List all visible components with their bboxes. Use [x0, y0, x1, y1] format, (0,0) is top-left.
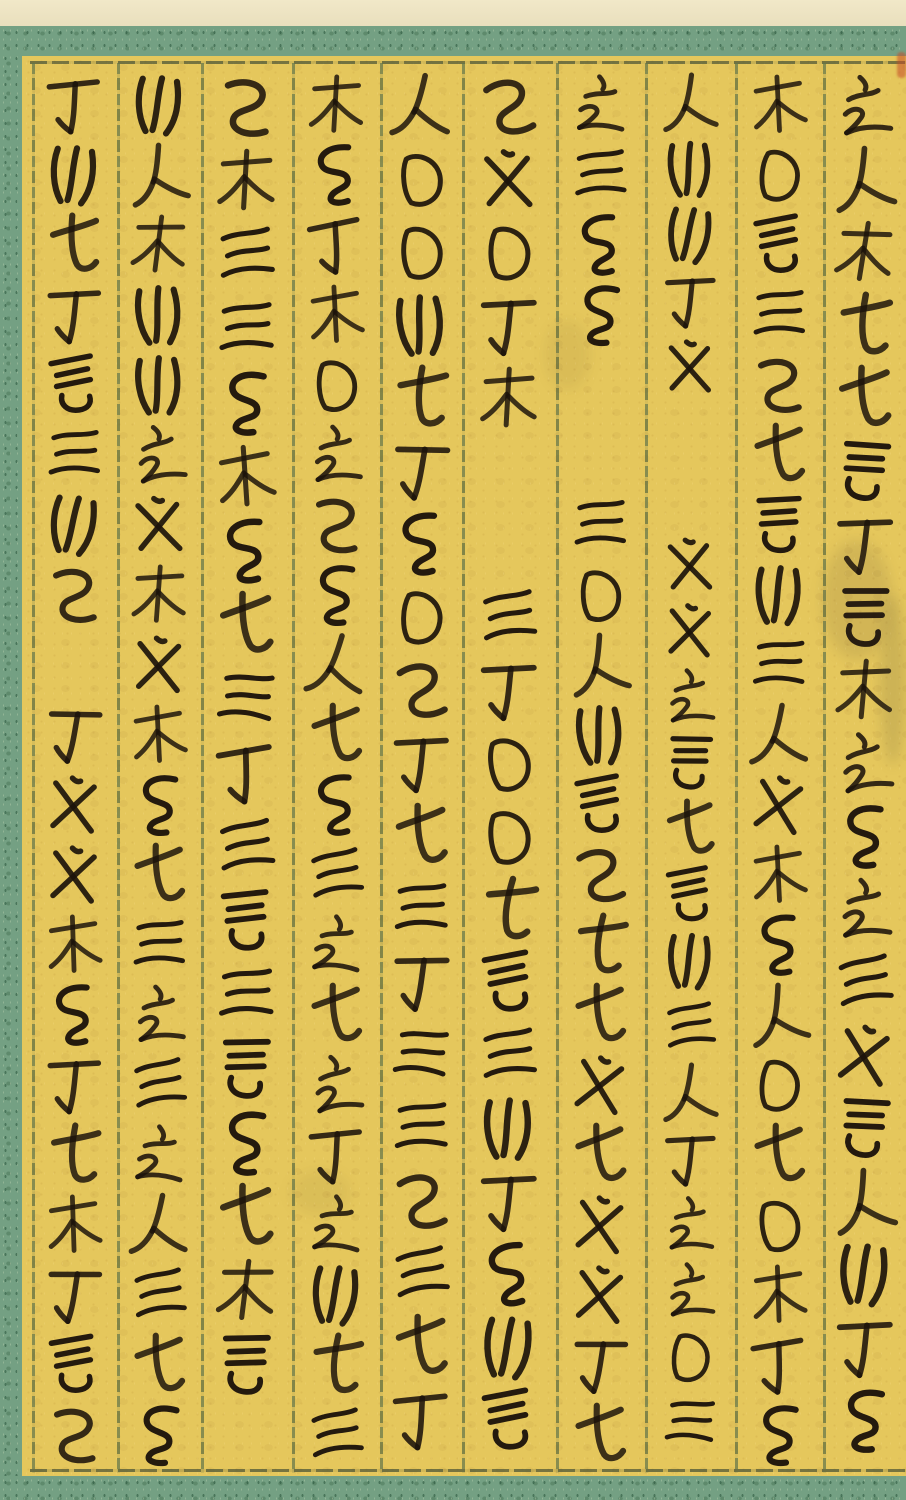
calligraphy-character — [36, 489, 113, 559]
calligraphy-character — [560, 839, 641, 909]
calligraphy-character — [384, 580, 458, 653]
calligraphy-character — [296, 769, 376, 839]
paper-stain — [290, 1170, 350, 1215]
calligraphy-character — [739, 139, 819, 209]
calligraphy-character — [121, 209, 197, 279]
calligraphy-character — [205, 883, 288, 957]
calligraphy-character — [36, 769, 113, 839]
calligraphy-character — [36, 1329, 113, 1399]
calligraphy-character — [36, 979, 113, 1049]
column-rule-6 — [462, 63, 465, 1473]
text-column-6 — [384, 69, 458, 1471]
calligraphy-character — [827, 142, 902, 215]
calligraphy-character — [466, 726, 552, 799]
calligraphy-character — [384, 1018, 458, 1091]
seal-trace-mark — [897, 52, 906, 78]
calligraphy-character — [205, 735, 288, 809]
calligraphy-character — [36, 69, 113, 139]
calligraphy-character — [205, 1253, 288, 1327]
calligraphy-character — [739, 69, 819, 139]
text-column-9 — [121, 69, 197, 1471]
calligraphy-character — [739, 909, 819, 979]
calligraphy-character — [296, 279, 376, 349]
calligraphy-character — [649, 1257, 731, 1323]
calligraphy-character — [739, 769, 819, 839]
calligraphy-character — [121, 559, 197, 629]
calligraphy-character — [384, 1091, 458, 1164]
calligraphy-character — [739, 349, 819, 419]
calligraphy-character — [827, 1091, 902, 1164]
calligraphy-character — [560, 69, 641, 139]
calligraphy-character — [296, 349, 376, 419]
calligraphy-character — [827, 1018, 902, 1091]
calligraphy-character — [560, 559, 641, 629]
calligraphy-character — [466, 1018, 552, 1091]
calligraphy-character — [121, 1259, 197, 1329]
calligraphy-character — [827, 434, 902, 507]
calligraphy-character — [739, 1399, 819, 1469]
calligraphy-character — [384, 1164, 458, 1237]
text-column-3 — [649, 69, 731, 1471]
text-column-10 — [36, 69, 113, 1471]
calligraphy-character — [466, 799, 552, 872]
calligraphy-character — [121, 979, 197, 1049]
calligraphy-character — [560, 769, 641, 839]
calligraphy-character — [296, 629, 376, 699]
calligraphy-character — [36, 699, 113, 769]
calligraphy-character — [205, 1179, 288, 1253]
calligraphy-character — [121, 419, 197, 489]
calligraphy-character — [296, 699, 376, 769]
calligraphy-character — [296, 839, 376, 909]
column-gap — [560, 419, 641, 489]
outer-margin-strip — [0, 0, 906, 26]
calligraphy-character — [384, 872, 458, 945]
calligraphy-character — [560, 909, 641, 979]
calligraphy-character — [649, 597, 731, 663]
calligraphy-character — [466, 215, 552, 288]
calligraphy-character — [649, 333, 731, 399]
calligraphy-character — [649, 993, 731, 1059]
calligraphy-character — [384, 215, 458, 288]
calligraphy-character — [121, 1189, 197, 1259]
calligraphy-character — [36, 349, 113, 419]
column-rule-7 — [556, 63, 559, 1473]
calligraphy-character — [466, 872, 552, 945]
calligraphy-character — [296, 209, 376, 279]
calligraphy-character — [384, 434, 458, 507]
column-rule-9 — [735, 63, 738, 1473]
calligraphy-character — [649, 861, 731, 927]
calligraphy-character — [36, 1259, 113, 1329]
calligraphy-character — [205, 1031, 288, 1105]
calligraphy-character — [205, 661, 288, 735]
calligraphy-character — [466, 1310, 552, 1383]
calligraphy-character — [739, 1049, 819, 1119]
calligraphy-character — [649, 267, 731, 333]
calligraphy-character — [649, 927, 731, 993]
text-column-7 — [296, 69, 376, 1471]
calligraphy-character — [205, 513, 288, 587]
calligraphy-character — [649, 531, 731, 597]
calligraphy-character — [466, 69, 552, 142]
calligraphy-character — [36, 1119, 113, 1189]
calligraphy-character — [296, 1259, 376, 1329]
calligraphy-character — [121, 1049, 197, 1119]
mount-band-bottom — [0, 1476, 906, 1500]
calligraphy-character — [205, 587, 288, 661]
calligraphy-character — [560, 489, 641, 559]
calligraphy-character — [384, 361, 458, 434]
calligraphy-character — [384, 1237, 458, 1310]
calligraphy-character — [121, 769, 197, 839]
calligraphy-character — [739, 1189, 819, 1259]
calligraphy-character — [739, 979, 819, 1049]
calligraphy-character — [121, 909, 197, 979]
calligraphy-character — [466, 1383, 552, 1456]
calligraphy-character — [739, 419, 819, 489]
paper-stain — [880, 595, 906, 765]
calligraphy-character — [121, 1399, 197, 1469]
calligraphy-character — [466, 361, 552, 434]
calligraphy-character — [205, 439, 288, 513]
calligraphy-character — [827, 69, 902, 142]
calligraphy-character — [384, 1383, 458, 1456]
calligraphy-character — [296, 979, 376, 1049]
calligraphy-character — [466, 580, 552, 653]
column-gap — [36, 629, 113, 699]
calligraphy-character — [121, 699, 197, 769]
calligraphy-character — [649, 795, 731, 861]
calligraphy-character — [560, 1119, 641, 1189]
calligraphy-character — [205, 957, 288, 1031]
calligraphy-character — [466, 1164, 552, 1237]
calligraphy-scroll — [0, 0, 906, 1500]
calligraphy-character — [296, 1399, 376, 1469]
calligraphy-character — [739, 629, 819, 699]
column-rule-3 — [201, 63, 204, 1473]
calligraphy-character — [649, 729, 731, 795]
calligraphy-character — [205, 291, 288, 365]
calligraphy-character — [121, 1119, 197, 1189]
calligraphy-character — [739, 839, 819, 909]
calligraphy-character — [827, 1164, 902, 1237]
calligraphy-character — [739, 559, 819, 629]
calligraphy-character — [827, 1310, 902, 1383]
calligraphy-character — [560, 629, 641, 699]
calligraphy-character — [296, 1329, 376, 1399]
calligraphy-character — [205, 1105, 288, 1179]
calligraphy-character — [827, 872, 902, 945]
calligraphy-character — [205, 69, 288, 143]
calligraphy-character — [36, 139, 113, 209]
calligraphy-character — [649, 1125, 731, 1191]
paper-stain — [545, 320, 590, 390]
frame-rule-top — [30, 61, 906, 64]
calligraphy-character — [560, 699, 641, 769]
calligraphy-character — [739, 699, 819, 769]
calligraphy-character — [205, 809, 288, 883]
column-rule-2 — [117, 63, 120, 1473]
calligraphy-character — [296, 489, 376, 559]
calligraphy-character — [649, 201, 731, 267]
calligraphy-character — [649, 1323, 731, 1389]
calligraphy-character — [296, 909, 376, 979]
calligraphy-character — [121, 629, 197, 699]
text-column-8 — [205, 69, 288, 1471]
calligraphy-character — [296, 139, 376, 209]
calligraphy-character — [296, 419, 376, 489]
calligraphy-character — [121, 139, 197, 209]
column-gap — [466, 507, 552, 580]
calligraphy-character — [560, 1329, 641, 1399]
calligraphy-character — [384, 945, 458, 1018]
calligraphy-character — [739, 1329, 819, 1399]
column-gap — [466, 434, 552, 507]
calligraphy-character — [649, 1191, 731, 1257]
calligraphy-character — [36, 279, 113, 349]
calligraphy-character — [827, 215, 902, 288]
text-column-2 — [739, 69, 819, 1471]
calligraphy-character — [466, 653, 552, 726]
column-gap — [649, 399, 731, 465]
calligraphy-character — [560, 209, 641, 279]
calligraphy-character — [739, 279, 819, 349]
calligraphy-character — [649, 663, 731, 729]
text-column-5 — [466, 69, 552, 1471]
calligraphy-character — [739, 1119, 819, 1189]
calligraphy-character — [649, 69, 731, 135]
calligraphy-character — [121, 1329, 197, 1399]
calligraphy-character — [384, 507, 458, 580]
calligraphy-character — [205, 1327, 288, 1401]
calligraphy-character — [121, 839, 197, 909]
calligraphy-character — [36, 209, 113, 279]
calligraphy-character — [827, 1383, 902, 1456]
calligraphy-character — [384, 653, 458, 726]
text-column-4 — [560, 69, 641, 1471]
column-rule-4 — [292, 63, 295, 1473]
calligraphy-character — [384, 288, 458, 361]
calligraphy-character — [827, 1237, 902, 1310]
mount-band-left — [0, 26, 22, 1500]
calligraphy-character — [36, 1189, 113, 1259]
calligraphy-character — [560, 1049, 641, 1119]
calligraphy-character — [560, 139, 641, 209]
calligraphy-character — [36, 1399, 113, 1469]
calligraphy-character — [560, 979, 641, 1049]
calligraphy-character — [121, 489, 197, 559]
mount-band-top — [0, 26, 906, 56]
calligraphy-character — [121, 349, 197, 419]
calligraphy-character — [827, 288, 902, 361]
calligraphy-character — [296, 1049, 376, 1119]
calligraphy-character — [466, 945, 552, 1018]
calligraphy-character — [384, 726, 458, 799]
calligraphy-character — [649, 1059, 731, 1125]
calligraphy-character — [739, 1259, 819, 1329]
calligraphy-character — [649, 1389, 731, 1455]
calligraphy-character — [36, 559, 113, 629]
calligraphy-character — [384, 799, 458, 872]
calligraphy-character — [36, 1049, 113, 1119]
calligraphy-character — [205, 217, 288, 291]
calligraphy-character — [827, 799, 902, 872]
column-rule-1 — [32, 63, 35, 1473]
column-rule-5 — [380, 63, 383, 1473]
calligraphy-character — [466, 1091, 552, 1164]
calligraphy-character — [121, 69, 197, 139]
column-rule-8 — [645, 63, 648, 1473]
calligraphy-character — [560, 1259, 641, 1329]
calligraphy-character — [205, 365, 288, 439]
calligraphy-character — [466, 288, 552, 361]
calligraphy-character — [121, 279, 197, 349]
calligraphy-character — [296, 69, 376, 139]
calligraphy-character — [649, 135, 731, 201]
calligraphy-character — [36, 419, 113, 489]
text-column-1 — [827, 69, 902, 1471]
calligraphy-character — [560, 1399, 641, 1469]
calligraphy-character — [384, 69, 458, 142]
calligraphy-character — [827, 361, 902, 434]
calligraphy-character — [827, 945, 902, 1018]
calligraphy-character — [36, 909, 113, 979]
column-gap — [649, 465, 731, 531]
calligraphy-character — [739, 489, 819, 559]
calligraphy-character — [296, 559, 376, 629]
calligraphy-character — [560, 1189, 641, 1259]
calligraphy-character — [466, 142, 552, 215]
calligraphy-character — [739, 209, 819, 279]
calligraphy-character — [384, 142, 458, 215]
calligraphy-character — [384, 1310, 458, 1383]
calligraphy-character — [36, 839, 113, 909]
calligraphy-character — [205, 143, 288, 217]
calligraphy-character — [466, 1237, 552, 1310]
